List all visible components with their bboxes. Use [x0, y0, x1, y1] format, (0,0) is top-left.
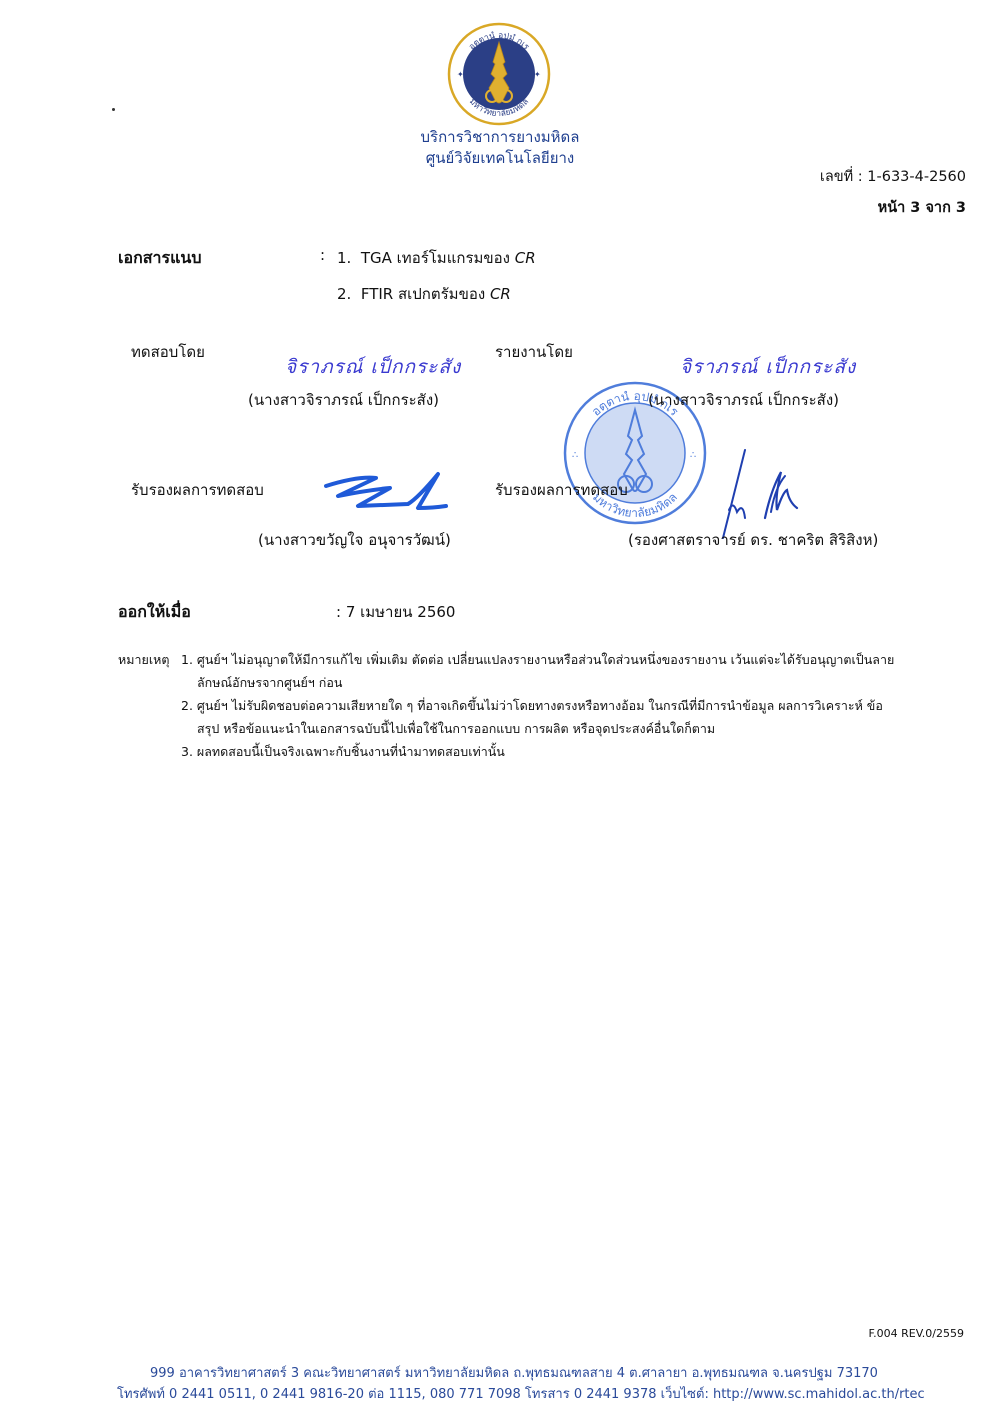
attachments-colon: :: [320, 246, 325, 264]
svg-text:✦: ✦: [534, 70, 541, 79]
remark-item: 3. ผลทดสอบนี้เป็นจริงเฉพาะกับชิ้นงานที่น…: [181, 740, 901, 763]
attachment-sample: CR: [490, 285, 511, 303]
reported-by-label: รายงานโดย: [495, 340, 573, 364]
tested-by-name: (นางสาวจิราภรณ์ เป็กกระสัง): [248, 388, 439, 412]
svg-text:∴: ∴: [690, 450, 696, 461]
remarks-list: 1. ศูนย์ฯ ไม่อนุญาตให้มีการแก้ไข เพิ่มเต…: [181, 648, 901, 763]
scan-speck: [112, 108, 115, 111]
document-number: เลขที่ : 1-633-4-2560: [820, 165, 966, 188]
remarks-label: หมายเหตุ: [118, 648, 169, 671]
attachment-number: 2.: [337, 285, 351, 303]
page-indicator: หน้า 3 จาก 3: [878, 196, 966, 219]
form-code: F.004 REV.0/2559: [869, 1327, 964, 1340]
mahidol-university-seal-icon: ✦ ✦ อตฺตานํ อุปมํ กเร มหาวิทยาลัยมหิดล: [447, 22, 551, 126]
attachment-number: 1.: [337, 249, 351, 267]
certified-by-name: (นางสาวขวัญใจ อนุจารวัฒน์): [258, 528, 451, 552]
footer-address: 999 อาคารวิทยาศาสตร์ 3 คณะวิทยาศาสตร์ มห…: [150, 1362, 878, 1383]
remark-item: 1. ศูนย์ฯ ไม่อนุญาตให้มีการแก้ไข เพิ่มเต…: [181, 648, 901, 694]
issued-date-value: : 7 เมษายน 2560: [336, 600, 455, 624]
remark-item: 2. ศูนย์ฯ ไม่รับผิดชอบต่อความเสียหายใด ๆ…: [181, 694, 901, 740]
footer-contact: โทรศัพท์ 0 2441 0511, 0 2441 9816-20 ต่อ…: [117, 1383, 925, 1404]
org-name-line2: ศูนย์วิจัยเทคโนโลยียาง: [380, 146, 620, 170]
attachment-item: 2. FTIR สเปกตรัมของ CR: [337, 282, 511, 306]
reported-by-signature: จิราภรณ์ เป็กกระสัง: [680, 352, 856, 382]
certified-by-label: รับรองผลการทดสอบ: [495, 478, 628, 502]
attachment-text: TGA เทอร์โมแกรมของ: [361, 249, 510, 267]
attachment-text: FTIR สเปกตรัมของ: [361, 285, 485, 303]
attachments-label: เอกสารแนบ: [118, 246, 202, 271]
tested-by-label: ทดสอบโดย: [131, 340, 205, 364]
svg-text:∴: ∴: [572, 450, 578, 461]
attachment-sample: CR: [515, 249, 536, 267]
certifier-signature-scribble: [318, 468, 448, 518]
svg-text:✦: ✦: [457, 70, 464, 79]
certified-by-name: (รองศาสตราจารย์ ดร. ชาคริต สิริสิงห): [628, 528, 878, 552]
tested-by-signature: จิราภรณ์ เป็กกระสัง: [285, 352, 461, 382]
attachment-item: 1. TGA เทอร์โมแกรมของ CR: [337, 246, 536, 270]
reported-by-name: (นางสาวจิราภรณ์ เป็กกระสัง): [648, 388, 839, 412]
certified-by-label: รับรองผลการทดสอบ: [131, 478, 264, 502]
issued-date-label: ออกให้เมื่อ: [118, 600, 191, 625]
certifier-signature-scribble: [715, 440, 810, 540]
